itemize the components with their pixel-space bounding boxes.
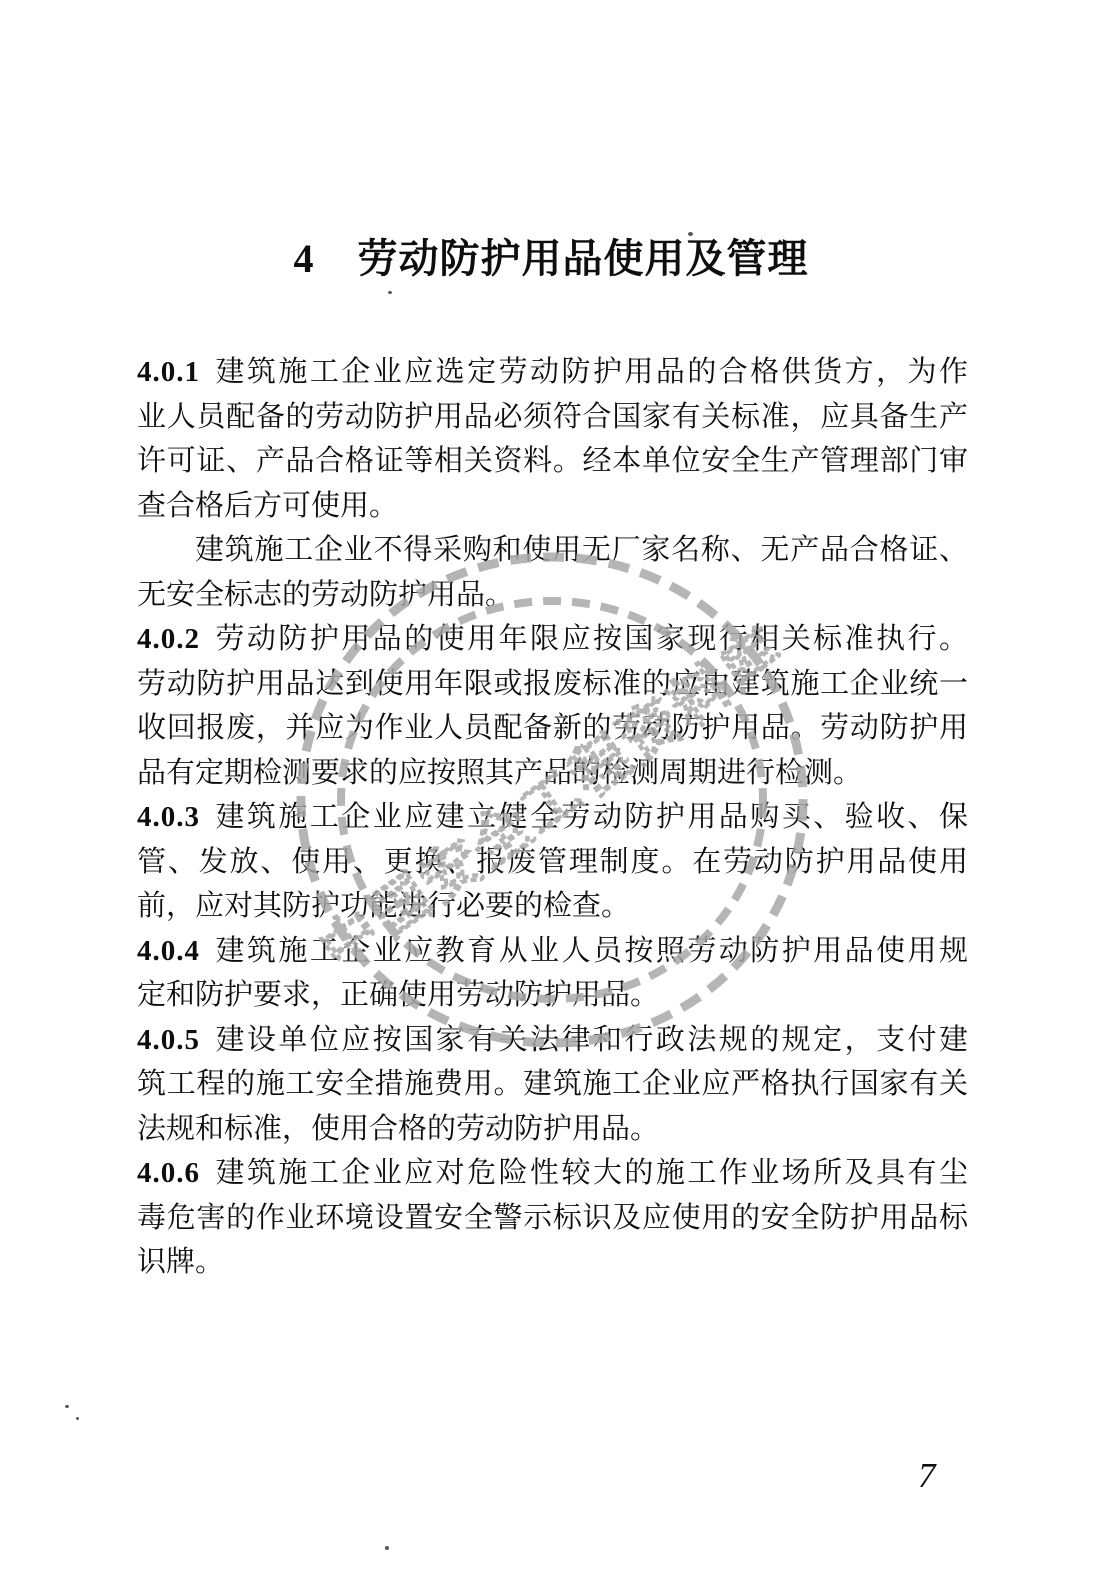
scan-speck xyxy=(65,1405,69,1408)
text-line: 定和防护要求，正确使用劳动防护用品。 xyxy=(137,973,968,1018)
line-text: 收回报废，并应为作业人员配备新的劳动防护用品。劳动防护用 xyxy=(137,712,968,744)
text-line: 劳动防护用品达到使用年限或报废标准的应由建筑施工企业统一 xyxy=(137,662,968,707)
text-line: 业人员配备的劳动防护用品必须符合国家有关标准，应具备生产 xyxy=(137,395,968,440)
line-text: 建设单位应按国家有关法律和行政法规的规定，支付建 xyxy=(213,1024,968,1056)
text-line: 毒危害的作业环境设置安全警示标识及应使用的安全防护用品标 xyxy=(137,1196,968,1241)
heading-title: 劳动防护用品使用及管理 xyxy=(358,236,809,281)
body-text: 4.0.1建筑施工企业应选定劳动防护用品的合格供货方，为作 业人员配备的劳动防护… xyxy=(137,350,968,1285)
section-number: 4.0.5 xyxy=(137,1024,200,1056)
line-text: 查合格后方可使用。 xyxy=(137,490,398,522)
text-line: 4.0.3建筑施工企业应建立健全劳动防护用品购买、验收、保 xyxy=(137,795,968,840)
line-text: 建筑施工企业应对危险性较大的施工作业场所及具有尘 xyxy=(213,1157,968,1189)
text-line: 法规和标准，使用合格的劳动防护用品。 xyxy=(137,1107,968,1152)
document-heading: 4劳动防护用品使用及管理 xyxy=(0,236,1102,282)
line-text: 毒危害的作业环境设置安全警示标识及应使用的安全防护用品标 xyxy=(137,1202,968,1234)
page-number: 7 xyxy=(918,1456,936,1496)
scan-speck xyxy=(688,232,693,236)
text-line: 4.0.6建筑施工企业应对危险性较大的施工作业场所及具有尘 xyxy=(137,1151,968,1196)
text-line: 许可证、产品合格证等相关资料。经本单位安全生产管理部门审 xyxy=(137,439,968,484)
line-text: 定和防护要求，正确使用劳动防护用品。 xyxy=(137,979,659,1011)
section-number: 4.0.2 xyxy=(137,623,200,655)
text-line: 4.0.2劳动防护用品的使用年限应按国家现行相关标准执行。 xyxy=(137,617,968,662)
line-text: 建筑施工企业应选定劳动防护用品的合格供货方，为作 xyxy=(213,356,968,388)
line-text: 无安全标志的劳动防护用品。 xyxy=(137,579,514,611)
text-line: 品有定期检测要求的应按照其产品的检测周期进行检测。 xyxy=(137,751,968,796)
heading-number: 4 xyxy=(294,236,314,281)
line-text: 建筑施工企业应教育从业人员按照劳动防护用品使用规 xyxy=(213,935,968,967)
section-number: 4.0.1 xyxy=(137,356,200,388)
text-line: 前，应对其防护功能进行必要的检查。 xyxy=(137,884,968,929)
text-line: 4.0.1建筑施工企业应选定劳动防护用品的合格供货方，为作 xyxy=(137,350,968,395)
text-line: 无安全标志的劳动防护用品。 xyxy=(137,573,968,618)
line-text: 许可证、产品合格证等相关资料。经本单位安全生产管理部门审 xyxy=(137,445,968,477)
section-number: 4.0.4 xyxy=(137,935,200,967)
line-text: 建筑施工企业不得采购和使用无厂家名称、无产品合格证、 xyxy=(195,534,968,566)
scan-speck xyxy=(76,1417,79,1420)
scan-speck xyxy=(385,1546,389,1550)
line-text: 建筑施工企业应建立健全劳动防护用品购买、验收、保 xyxy=(213,801,968,833)
line-text: 法规和标准，使用合格的劳动防护用品。 xyxy=(137,1113,659,1145)
text-line: 4.0.5建设单位应按国家有关法律和行政法规的规定，支付建 xyxy=(137,1018,968,1063)
line-text: 前，应对其防护功能进行必要的检查。 xyxy=(137,890,630,922)
text-line: 查合格后方可使用。 xyxy=(137,484,968,529)
text-line: 收回报废，并应为作业人员配备新的劳动防护用品。劳动防护用 xyxy=(137,706,968,751)
text-line: 识牌。 xyxy=(137,1240,968,1285)
line-text: 业人员配备的劳动防护用品必须符合国家有关标准，应具备生产 xyxy=(137,401,968,433)
line-text: 劳动防护用品达到使用年限或报废标准的应由建筑施工企业统一 xyxy=(137,668,968,700)
line-text: 管、发放、使用、更换、报废管理制度。在劳动防护用品使用 xyxy=(137,846,968,878)
section-number: 4.0.3 xyxy=(137,801,200,833)
document-page: 4劳动防护用品使用及管理 4.0.1建筑施工企业应选定劳动防护用品的合格供货方，… xyxy=(0,0,1102,1590)
text-line: 管、发放、使用、更换、报废管理制度。在劳动防护用品使用 xyxy=(137,840,968,885)
scan-speck xyxy=(388,291,392,294)
line-text: 品有定期检测要求的应按照其产品的检测周期进行检测。 xyxy=(137,757,862,789)
text-line: 4.0.4建筑施工企业应教育从业人员按照劳动防护用品使用规 xyxy=(137,929,968,974)
line-text: 筑工程的施工安全措施费用。建筑施工企业应严格执行国家有关 xyxy=(137,1068,968,1100)
line-text: 识牌。 xyxy=(137,1246,224,1278)
line-text: 劳动防护用品的使用年限应按国家现行相关标准执行。 xyxy=(213,623,968,655)
section-number: 4.0.6 xyxy=(137,1157,200,1189)
text-line: 建筑施工企业不得采购和使用无厂家名称、无产品合格证、 xyxy=(137,528,968,573)
text-line: 筑工程的施工安全措施费用。建筑施工企业应严格执行国家有关 xyxy=(137,1062,968,1107)
